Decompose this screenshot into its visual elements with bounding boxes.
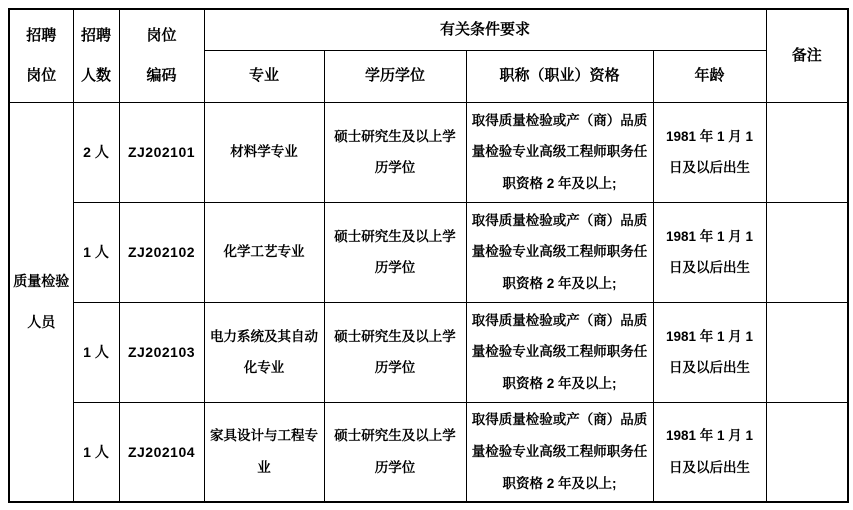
code-cell: ZJ202101	[119, 102, 204, 202]
qualification-cell: 取得质量检验或产（商）品质 量检验专业高级工程师职务任 职资格 2 年及以上;	[466, 202, 653, 302]
age-cell: 1981 年 1 月 1 日及以后出生	[653, 402, 766, 502]
major-cell: 化学工艺专业	[204, 202, 324, 302]
major-cell: 材料学专业	[204, 102, 324, 202]
header-position-code: 岗位 编码	[119, 9, 204, 102]
table-row: 质量检验 人员 2 人 ZJ202101 材料学专业 硕士研究生及以上学 历学位…	[9, 102, 848, 202]
count-cell: 2 人	[73, 102, 119, 202]
qualification-cell: 取得质量检验或产（商）品质 量检验专业高级工程师职务任 职资格 2 年及以上;	[466, 402, 653, 502]
table-row: 1 人 ZJ202103 电力系统及其自动 化专业 硕士研究生及以上学 历学位 …	[9, 302, 848, 402]
header-major: 专业	[204, 50, 324, 102]
header-qualification: 职称（职业）资格	[466, 50, 653, 102]
degree-cell: 硕士研究生及以上学 历学位	[324, 102, 466, 202]
header-recruit-position: 招聘 岗位	[9, 9, 73, 102]
code-cell: ZJ202104	[119, 402, 204, 502]
table-row: 1 人 ZJ202102 化学工艺专业 硕士研究生及以上学 历学位 取得质量检验…	[9, 202, 848, 302]
degree-cell: 硕士研究生及以上学 历学位	[324, 202, 466, 302]
header-degree: 学历学位	[324, 50, 466, 102]
header-remark: 备注	[766, 9, 848, 102]
count-cell: 1 人	[73, 402, 119, 502]
degree-cell: 硕士研究生及以上学 历学位	[324, 302, 466, 402]
qualification-cell: 取得质量检验或产（商）品质 量检验专业高级工程师职务任 职资格 2 年及以上;	[466, 102, 653, 202]
count-cell: 1 人	[73, 302, 119, 402]
major-cell: 电力系统及其自动 化专业	[204, 302, 324, 402]
code-cell: ZJ202103	[119, 302, 204, 402]
age-cell: 1981 年 1 月 1 日及以后出生	[653, 102, 766, 202]
table-row: 1 人 ZJ202104 家具设计与工程专 业 硕士研究生及以上学 历学位 取得…	[9, 402, 848, 502]
remark-cell	[766, 202, 848, 302]
position-group-cell: 质量检验 人员	[9, 102, 73, 502]
remark-cell	[766, 102, 848, 202]
count-cell: 1 人	[73, 202, 119, 302]
major-cell: 家具设计与工程专 业	[204, 402, 324, 502]
remark-cell	[766, 402, 848, 502]
degree-cell: 硕士研究生及以上学 历学位	[324, 402, 466, 502]
remark-cell	[766, 302, 848, 402]
header-conditions-group: 有关条件要求	[204, 9, 766, 50]
age-cell: 1981 年 1 月 1 日及以后出生	[653, 302, 766, 402]
code-cell: ZJ202102	[119, 202, 204, 302]
header-recruit-count: 招聘 人数	[73, 9, 119, 102]
age-cell: 1981 年 1 月 1 日及以后出生	[653, 202, 766, 302]
recruitment-table: 招聘 岗位 招聘 人数 岗位 编码 有关条件要求 备注 专业 学历学位 职称（职…	[8, 8, 849, 503]
qualification-cell: 取得质量检验或产（商）品质 量检验专业高级工程师职务任 职资格 2 年及以上;	[466, 302, 653, 402]
recruitment-notice-page: 招聘 岗位 招聘 人数 岗位 编码 有关条件要求 备注 专业 学历学位 职称（职…	[0, 0, 853, 510]
header-age: 年龄	[653, 50, 766, 102]
